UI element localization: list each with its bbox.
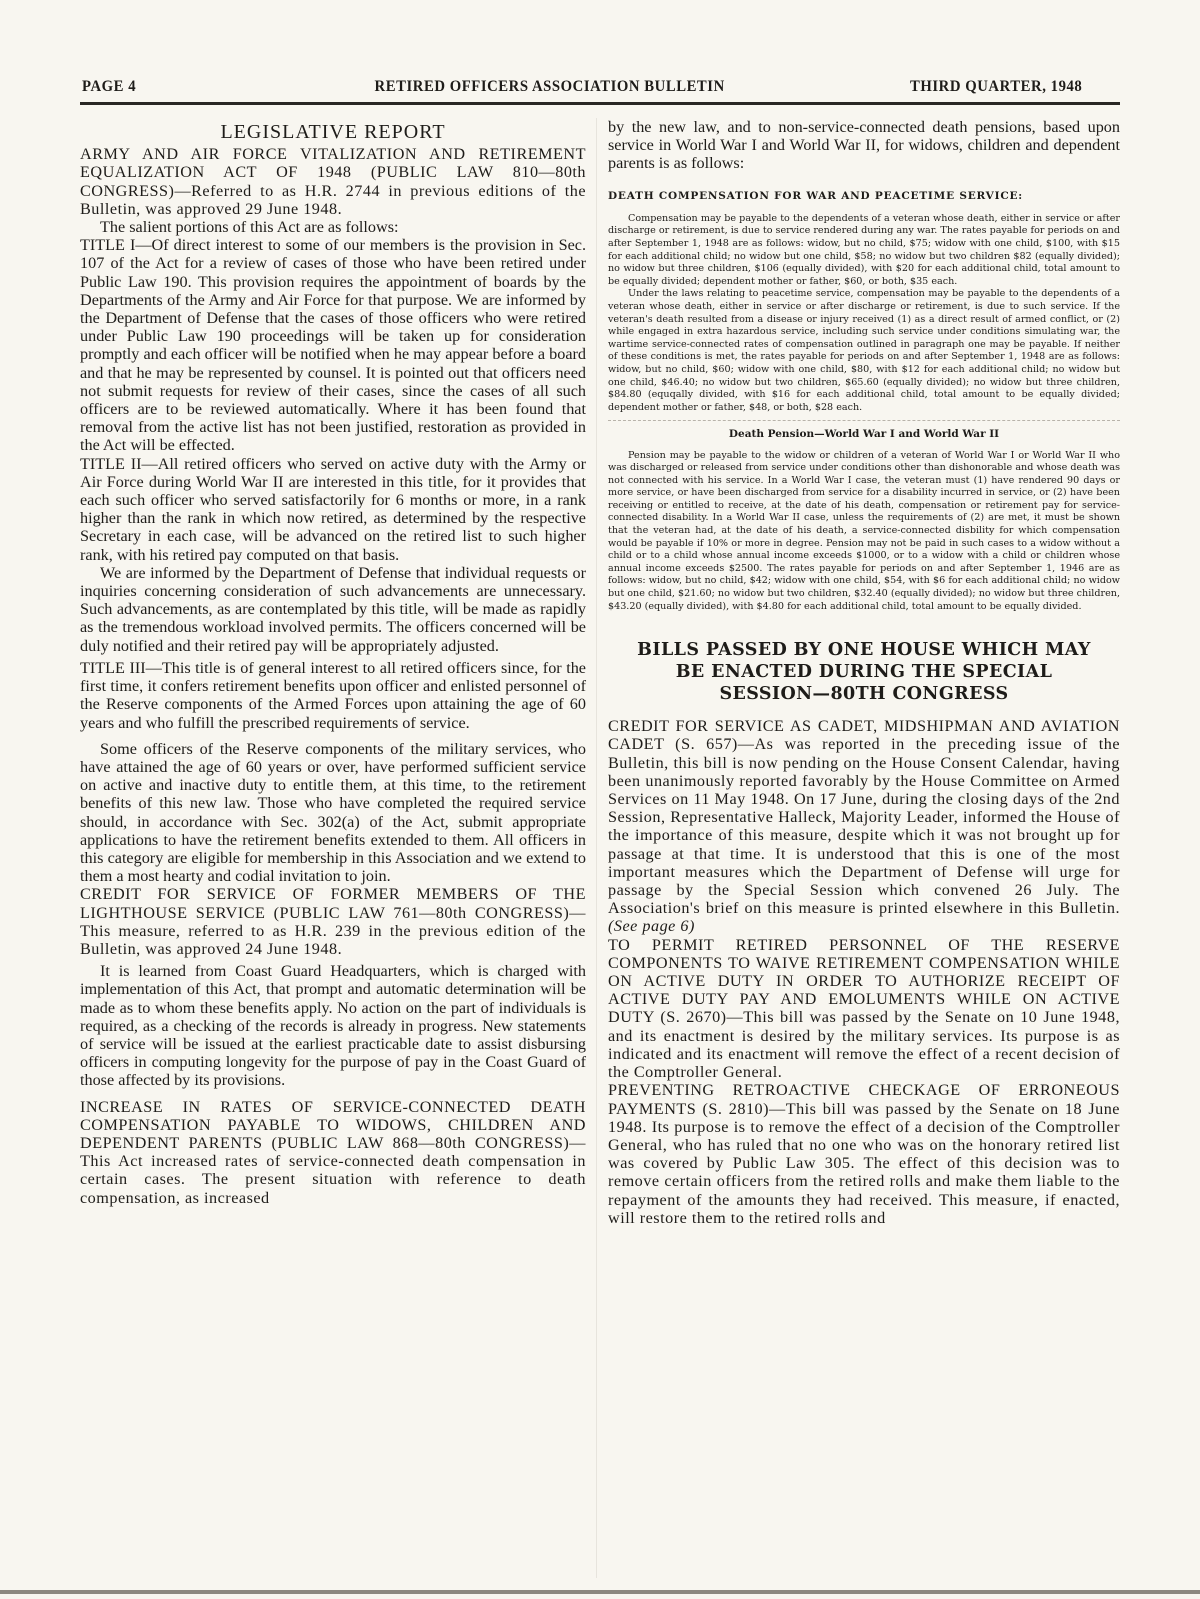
paragraph-death-pension: Pension may be payable to the widow or c…: [608, 450, 1120, 614]
paragraph-s-2810: PREVENTING RETROACTIVE CHECKAGE OF ERRON…: [608, 1081, 1120, 1227]
page-number: PAGE 4: [82, 78, 136, 96]
page-fold: [596, 118, 597, 1578]
paragraph-peacetime-compensation: Under the laws relating to peacetime ser…: [608, 288, 1120, 414]
paragraph-title-1: TITLE I—Of direct interest to some of ou…: [80, 236, 586, 454]
paragraph-reserve-officers: Some officers of the Reserve components …: [80, 740, 586, 886]
paragraph-wartime-compensation: Compensation may be payable to the depen…: [608, 213, 1120, 289]
left-column: LEGISLATIVE REPORT ARMY AND AIR FORCE VI…: [80, 118, 586, 1207]
bills-heading-line-2: BE ENACTED DURING THE SPECIAL: [608, 661, 1120, 683]
paragraph-coast-guard: It is learned from Coast Guard Headquart…: [80, 962, 586, 1089]
bills-heading-line-3: SESSION—80TH CONGRESS: [608, 683, 1120, 705]
paragraph-s-2670: TO PERMIT RETIRED PERSONNEL OF THE RESER…: [608, 936, 1120, 1082]
bills-heading-line-1: BILLS PASSED BY ONE HOUSE WHICH MAY: [608, 639, 1120, 661]
bills-passed-heading: BILLS PASSED BY ONE HOUSE WHICH MAY BE E…: [608, 639, 1120, 705]
death-pension-heading: Death Pension—World War I and World War …: [608, 420, 1120, 443]
paragraph-lighthouse-service: CREDIT FOR SERVICE OF FORMER MEMBERS OF …: [80, 885, 586, 958]
death-compensation-heading: DEATH COMPENSATION FOR WAR AND PEACETIME…: [608, 187, 1120, 205]
paragraph-public-law-810: ARMY AND AIR FORCE VITALIZATION AND RETI…: [80, 145, 586, 218]
paragraph-public-law-868: INCREASE IN RATES OF SERVICE-CONNECTED D…: [80, 1098, 586, 1207]
right-column: by the new law, and to non-service-conne…: [608, 118, 1120, 1227]
running-header: PAGE 4 RETIRED OFFICERS ASSOCIATION BULL…: [82, 78, 1035, 100]
header-rule: [80, 102, 1120, 105]
see-page-6-reference: (See page 6): [608, 917, 695, 935]
paragraph-s-657: CREDIT FOR SERVICE AS CADET, MIDSHIPMAN …: [608, 717, 1120, 935]
s-657-text: CREDIT FOR SERVICE AS CADET, MIDSHIPMAN …: [608, 717, 1120, 917]
issue-date: THIRD QUARTER, 1948: [910, 78, 1082, 96]
paragraph-title-2: TITLE II—All retired officers who served…: [80, 455, 586, 564]
paragraph-dod-advancements: We are informed by the Department of Def…: [80, 564, 586, 655]
paragraph-title-3: TITLE III—This title is of general inter…: [80, 659, 586, 732]
paragraph-continuation: by the new law, and to non-service-conne…: [608, 118, 1120, 173]
legislative-report-title: LEGISLATIVE REPORT: [80, 123, 586, 141]
publication-title: RETIRED OFFICERS ASSOCIATION BULLETIN: [375, 78, 725, 96]
paragraph-salient-portions: The salient portions of this Act are as …: [80, 218, 586, 236]
page-bottom-edge: [0, 1590, 1200, 1594]
bulletin-page: PAGE 4 RETIRED OFFICERS ASSOCIATION BULL…: [0, 0, 1200, 1599]
